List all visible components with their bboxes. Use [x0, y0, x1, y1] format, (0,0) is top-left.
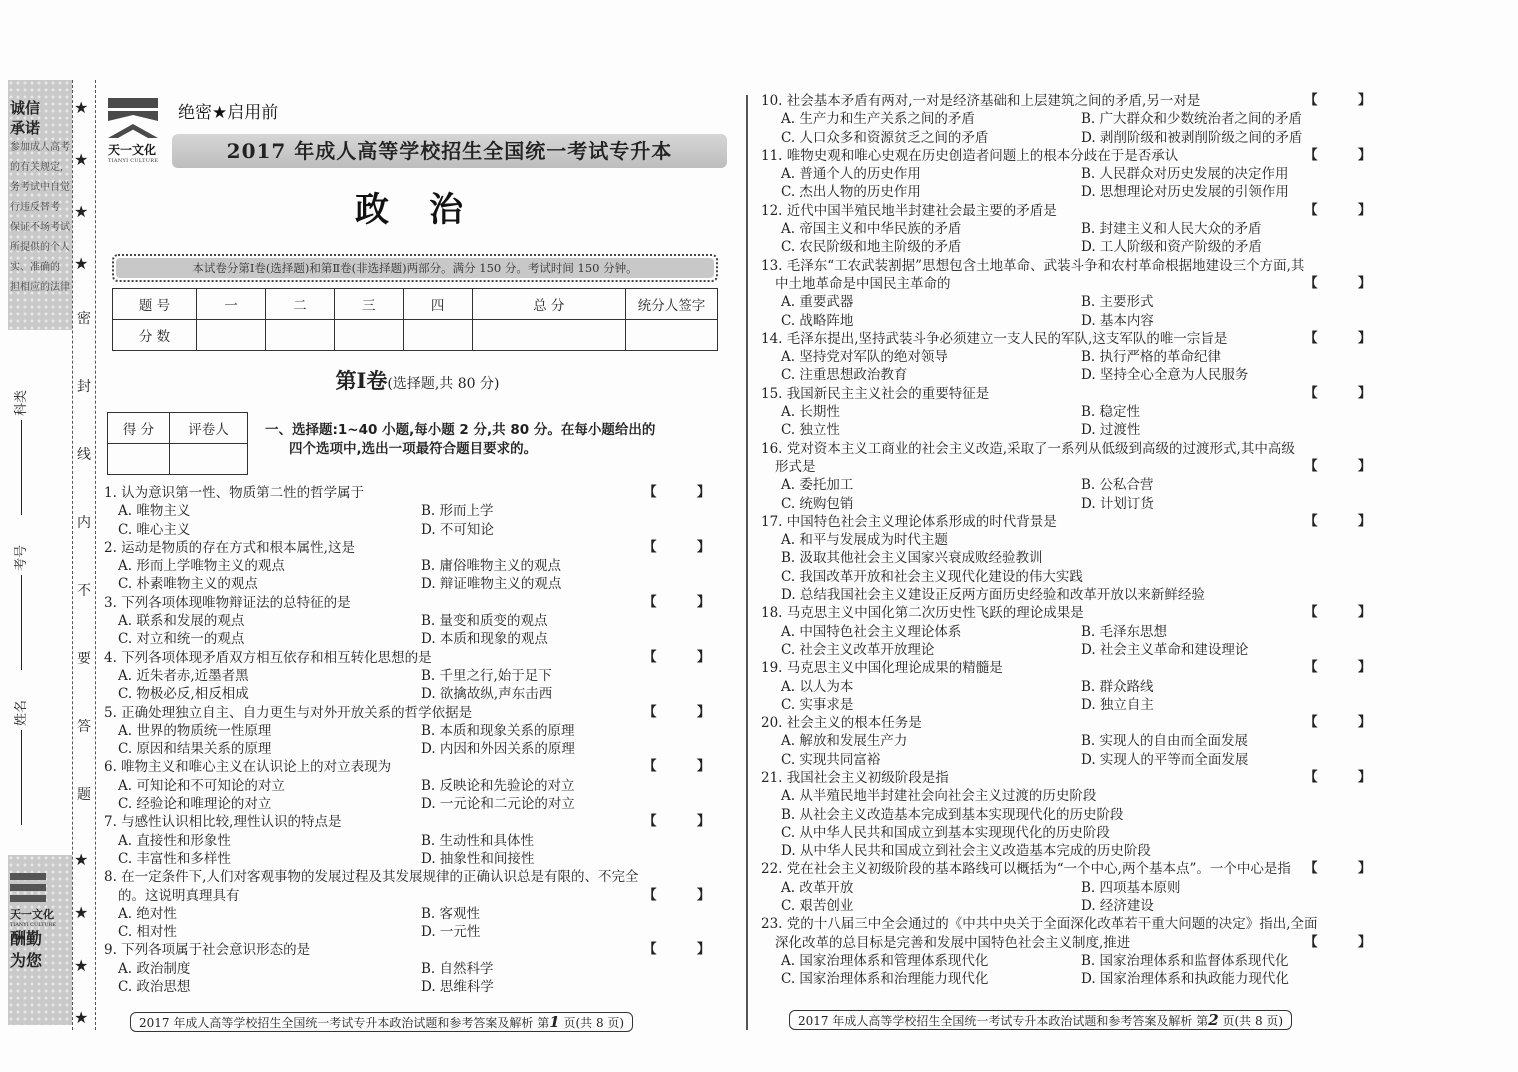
options-grid: A. 中国特色社会主义理论体系B. 毛泽东思想C. 社会主义改革开放理论D. 社… [761, 623, 1391, 660]
footer-page-total: 页(共 8 页) [1222, 1014, 1283, 1028]
seal-char: 题 [77, 784, 91, 804]
answer-option: C. 从中华人民共和国成立到基本实现现代化的历史阶段 [781, 824, 1391, 842]
header-cell: 四 [403, 289, 472, 320]
answer-option: D. 过渡性 [1081, 421, 1401, 439]
answer-option: C. 对立和统一的观点 [118, 630, 421, 648]
answer-option: C. 我国改革开放和社会主义现代化建设的伟大实践 [781, 568, 1391, 586]
answer-option: B. 自然科学 [421, 960, 721, 978]
answer-option: A. 近朱者赤,近墨者黑 [118, 667, 421, 685]
options-grid: A. 唯物主义B. 形而上学C. 唯心主义D. 不可知论 [104, 502, 730, 539]
exam-number-field[interactable]: 考号 [10, 545, 29, 670]
question-text: 17. 中国特色社会主义理论体系形成的时代背景是 [761, 514, 1057, 530]
question-stem: 1. 认为意识第一性、物质第二性的哲学属于【 】 [104, 484, 730, 502]
answer-option: C. 政治思想 [118, 978, 421, 996]
answer-option: D. 从中华人民共和国成立到社会主义改造基本完成的历史阶段 [781, 842, 1391, 860]
logo-name: 天一文化 [108, 141, 158, 158]
question-text: 中土地革命是中国民主革命的 [775, 276, 951, 292]
answer-option: C. 唯心主义 [118, 521, 421, 539]
answer-option: D. 独立自主 [1081, 696, 1401, 714]
seal-char: 答 [77, 716, 91, 736]
question-item: 21. 我国社会主义初级阶段是指【 】A. 从半殖民地半封建社会向社会主义过渡的… [761, 769, 1391, 860]
answer-option: A. 世界的物质统一性原理 [118, 722, 421, 740]
exam-sheet: 诚信 承诺 参加成人高考 的有关规定, 务考试中自觉 行违反替考 保证不场考试 … [0, 0, 1518, 1072]
question-text: 21. 我国社会主义初级阶段是指 [761, 770, 949, 786]
question-stem: 23. 党的十八届三中全会通过的《中共中央关于全面深化改革若干重大问题的决定》指… [761, 915, 1391, 933]
answer-option: C. 艰苦创业 [781, 897, 1081, 915]
answer-option: B. 庸俗唯物主义的观点 [421, 557, 721, 575]
answer-option: C. 相对性 [118, 923, 421, 941]
question-item: 20. 社会主义的根本任务是【 】A. 解放和发展生产力B. 实现人的自由而全面… [761, 714, 1391, 769]
question-item: 14. 毛泽东提出,坚持武装斗争必须建立一支人民的军队,这支军队的唯一宗旨是【 … [761, 330, 1391, 385]
question-stem: 12. 近代中国半殖民地半封建社会最主要的矛盾是【 】 [761, 202, 1391, 220]
answer-option: A. 从半殖民地半封建社会向社会主义过渡的历史阶段 [781, 787, 1391, 805]
seal-char: 要 [77, 648, 91, 668]
seal-char: 不 [77, 580, 91, 600]
pledge-line: 参加成人高考 [8, 138, 72, 158]
answer-bracket[interactable]: 【 】 [1304, 513, 1389, 531]
answer-option: B. 实现人的自由而全面发展 [1081, 732, 1401, 750]
notice-text: 本试卷分第Ⅰ卷(选择题)和第Ⅱ卷(非选择题)两部分。满分 150 分。考试时间 … [116, 258, 714, 278]
options-grid: A. 联系和发展的观点B. 量变和质变的观点C. 对立和统一的观点D. 本质和现… [104, 612, 730, 649]
grader-score-cell[interactable] [108, 444, 170, 475]
question-stem: 19. 马克思主义中国化理论成果的精髓是【 】 [761, 659, 1391, 677]
question-stem: 3. 下列各项体现唯物辩证法的总特征的是【 】 [104, 594, 730, 612]
question-stem: 14. 毛泽东提出,坚持武装斗争必须建立一支人民的军队,这支军队的唯一宗旨是【 … [761, 330, 1391, 348]
page-number: 2 [1208, 1011, 1218, 1029]
brand-slogan: 为您 [8, 950, 72, 972]
options-grid: A. 和平与发展成为时代主题B. 汲取其他社会主义国家兴衰成败经验教训C. 我国… [761, 531, 1391, 604]
part-heading: 第Ⅰ卷(选择题,共 80 分) [100, 365, 735, 395]
question-stem: 16. 党对资本主义工商业的社会主义改造,采取了一系列从低级到高级的过渡形式,其… [761, 440, 1391, 458]
instruction-line: 一、选择题:1~40 小题,每小题 2 分,共 80 分。在每小题给出的 [265, 421, 735, 440]
answer-option: C. 经验论和唯理论的对立 [118, 795, 421, 813]
answer-option: D. 总结我国社会主义建设正反两方面历史经验和改革开放以来新鲜经验 [781, 586, 1391, 604]
answer-option: C. 实事求是 [781, 696, 1081, 714]
question-item: 9. 下列各项属于社会意识形态的是【 】A. 政治制度B. 自然科学C. 政治思… [104, 941, 730, 996]
star-icon: ★ [74, 956, 88, 975]
answer-option: C. 国家治理体系和治理能力现代化 [781, 970, 1081, 988]
options-grid: A. 世界的物质统一性原理B. 本质和现象关系的原理C. 原因和结果关系的原理D… [104, 722, 730, 759]
pledge-line: 所提供的个人 [8, 238, 72, 258]
answer-bracket[interactable]: 【 】 [643, 758, 728, 776]
logo-chevron-icon [108, 111, 158, 121]
question-stem: 20. 社会主义的根本任务是【 】 [761, 714, 1391, 732]
question-stem: 2. 运动是物质的存在方式和根本属性,这是【 】 [104, 539, 730, 557]
answer-bracket[interactable]: 【 】 [1304, 860, 1389, 878]
answer-bracket[interactable]: 【 】 [643, 594, 728, 612]
options-grid: A. 可知论和不可知论的对立B. 反映论和先验论的对立C. 经验论和唯理论的对立… [104, 777, 730, 814]
question-list-left: 1. 认为意识第一性、物质第二性的哲学属于【 】A. 唯物主义B. 形而上学C.… [104, 484, 730, 996]
question-stem-continued: 的。这说明真理具有【 】 [104, 887, 730, 905]
question-stem: 13. 毛泽东“工农武装割据”思想包含土地革命、武装斗争和农村革命根据地建设三个… [761, 257, 1391, 275]
answer-option: C. 独立性 [781, 421, 1081, 439]
answer-option: C. 人口众多和资源贫乏之间的矛盾 [781, 129, 1081, 147]
answer-option: B. 执行严格的革命纪律 [1081, 348, 1401, 366]
question-item: 4. 下列各项体现矛盾双方相互依存和相互转化思想的是【 】A. 近朱者赤,近墨者… [104, 649, 730, 704]
answer-bracket[interactable]: 【 】 [1304, 604, 1389, 622]
question-item: 1. 认为意识第一性、物质第二性的哲学属于【 】A. 唯物主义B. 形而上学C.… [104, 484, 730, 539]
brand-logo-icon [10, 873, 46, 902]
answer-option: A. 唯物主义 [118, 502, 421, 520]
question-text: 的。这说明真理具有 [118, 888, 240, 904]
answer-option: C. 杰出人物的历史作用 [781, 183, 1081, 201]
question-text: 9. 下列各项属于社会意识形态的是 [104, 942, 310, 958]
answer-bracket[interactable]: 【 】 [1304, 202, 1389, 220]
pledge-line: 的有关规定, [8, 158, 72, 178]
question-stem: 17. 中国特色社会主义理论体系形成的时代背景是【 】 [761, 513, 1391, 531]
exam-notice: 本试卷分第Ⅰ卷(选择题)和第Ⅱ卷(非选择题)两部分。满分 150 分。考试时间 … [112, 254, 718, 282]
answer-bracket[interactable]: 【 】 [1304, 147, 1389, 165]
answer-option: B. 四项基本原则 [1081, 879, 1401, 897]
question-text: 14. 毛泽东提出,坚持武装斗争必须建立一支人民的军队,这支军队的唯一宗旨是 [761, 331, 1227, 347]
question-item: 22. 党在社会主义初级阶段的基本路线可以概括为“一个中心,两个基本点”。一个中… [761, 860, 1391, 915]
header-cell: 一 [197, 289, 266, 320]
binding-margin: 诚信 承诺 参加成人高考 的有关规定, 务考试中自觉 行违反替考 保证不场考试 … [0, 80, 105, 1030]
options-grid: A. 绝对性B. 客观性C. 相对性D. 一元性 [104, 905, 730, 942]
pledge-line: 行违反替考 [8, 198, 72, 218]
star-column: ★ ★ ★ ★ ★ ★ ★ ★ [74, 80, 94, 1030]
score-table-row: 分 数 [113, 320, 718, 351]
question-list-right: 10. 社会基本矛盾有两对,一对是经济基础和上层建筑之间的矛盾,另一对是【 】A… [761, 92, 1391, 989]
pledge-title: 诚信 承诺 [8, 80, 72, 138]
answer-option: A. 解放和发展生产力 [781, 732, 1081, 750]
answer-option: D. 坚持全心全意为人民服务 [1081, 366, 1401, 384]
answer-option: B. 生动性和具体性 [421, 832, 721, 850]
answer-option: A. 普通个人的历史作用 [781, 165, 1081, 183]
answer-option: B. 反映论和先验论的对立 [421, 777, 721, 795]
options-grid: A. 长期性B. 稳定性C. 独立性D. 过渡性 [761, 403, 1391, 440]
seal-char: 密 [77, 308, 91, 328]
answer-option: A. 重要武器 [781, 293, 1081, 311]
question-item: 8. 在一定条件下,人们对客观事物的发展过程及其发展规律的正确认识总是有限的、不… [104, 868, 730, 941]
question-item: 10. 社会基本矛盾有两对,一对是经济基础和上层建筑之间的矛盾,另一对是【 】A… [761, 92, 1391, 147]
answer-option: C. 战略阵地 [781, 312, 1081, 330]
answer-bracket[interactable]: 【 】 [643, 813, 728, 831]
section-instructions: 一、选择题:1~40 小题,每小题 2 分,共 80 分。在每小题给出的 四个选… [265, 421, 735, 459]
grader-name-cell[interactable] [170, 444, 248, 475]
answer-option: B. 封建主义和人民大众的矛盾 [1081, 220, 1401, 238]
answer-option: A. 和平与发展成为时代主题 [781, 531, 1391, 549]
answer-option: B. 毛泽东思想 [1081, 623, 1401, 641]
question-item: 17. 中国特色社会主义理论体系形成的时代背景是【 】A. 和平与发展成为时代主… [761, 513, 1391, 604]
footer-page-prefix: 第 [1196, 1014, 1208, 1028]
answer-option: C. 朴素唯物主义的观点 [118, 575, 421, 593]
answer-option: B. 从社会主义改造基本完成到基本实现现代化的历史阶段 [781, 806, 1391, 824]
answer-bracket[interactable]: 【 】 [1304, 458, 1389, 476]
part-subtitle: (选择题,共 80 分) [387, 376, 499, 392]
name-field[interactable]: 姓名 [10, 700, 29, 825]
page-footer: 2017 年成人高等学校招生全国统一考试专升本政治试题和参考答案及解析 第2 页… [789, 1010, 1292, 1030]
star-icon: ★ [74, 1008, 88, 1027]
answer-option: D. 思想理论对历史发展的引领作用 [1081, 183, 1401, 201]
brand-slogan: 酬勤 [8, 928, 72, 950]
question-item: 5. 正确处理独立自主、自力更生与对外开放关系的哲学依据是【 】A. 世界的物质… [104, 704, 730, 759]
score-cell[interactable] [626, 320, 718, 351]
question-item: 23. 党的十八届三中全会通过的《中共中央关于全面深化改革若干重大问题的决定》指… [761, 915, 1391, 988]
options-grid: A. 以人为本B. 群众路线C. 实事求是D. 独立自主 [761, 678, 1391, 715]
pledge-line: 担相应的法律 [8, 278, 72, 298]
question-text: 20. 社会主义的根本任务是 [761, 715, 922, 731]
answer-bracket[interactable]: 【 】 [1304, 385, 1389, 403]
subject-field[interactable]: 科类 [10, 390, 29, 515]
star-icon: ★ [74, 850, 88, 869]
page-divider [746, 95, 748, 1030]
question-item: 13. 毛泽东“工农武装割据”思想包含土地革命、武装斗争和农村革命根据地建设三个… [761, 257, 1391, 330]
answer-option: D. 本质和现象的观点 [421, 630, 721, 648]
question-text: 12. 近代中国半殖民地半封建社会最主要的矛盾是 [761, 203, 1057, 219]
brand-name: 天一文化 [8, 906, 72, 922]
logo-chevron-icon [108, 98, 158, 108]
footer-text: 2017 年成人高等学校招生全国统一考试专升本政治试题和参考答案及解析 [139, 1016, 533, 1030]
question-text: 16. 党对资本主义工商业的社会主义改造,采取了一系列从低级到高级的过渡形式,其… [761, 441, 1295, 457]
answer-bracket[interactable]: 【 】 [643, 539, 728, 557]
question-text: 23. 党的十八届三中全会通过的《中共中央关于全面深化改革若干重大问题的决定》指… [761, 916, 1318, 932]
subject-label: 科类 [14, 390, 29, 416]
question-item: 6. 唯物主义和唯心主义在认识论上的对立表现为【 】A. 可知论和不可知论的对立… [104, 758, 730, 813]
question-text: 22. 党在社会主义初级阶段的基本路线可以概括为“一个中心,两个基本点”。一个中… [761, 861, 1291, 877]
answer-option: D. 辩证唯物主义的观点 [421, 575, 721, 593]
answer-option: C. 农民阶级和地主阶级的矛盾 [781, 238, 1081, 256]
question-stem-continued: 深化改革的总目标是完善和发展中国特色社会主义制度,推进【 】 [761, 934, 1391, 952]
header-cell: 题 号 [113, 289, 197, 320]
answer-bracket[interactable]: 【 】 [643, 704, 728, 722]
grader-header: 评卷人 [170, 413, 248, 444]
question-text: 13. 毛泽东“工农武装割据”思想包含土地革命、武装斗争和农村革命根据地建设三个… [761, 258, 1304, 274]
question-text: 19. 马克思主义中国化理论成果的精髓是 [761, 660, 1003, 676]
score-cell[interactable] [197, 320, 266, 351]
question-item: 16. 党对资本主义工商业的社会主义改造,采取了一系列从低级到高级的过渡形式,其… [761, 440, 1391, 513]
answer-option: D. 计划订货 [1081, 495, 1401, 513]
question-item: 12. 近代中国半殖民地半封建社会最主要的矛盾是【 】A. 帝国主义和中华民族的… [761, 202, 1391, 257]
answer-option: C. 丰富性和多样性 [118, 850, 421, 868]
answer-option: C. 物极必反,相反相成 [118, 685, 421, 703]
answer-option: A. 以人为本 [781, 678, 1081, 696]
options-grid: A. 政治制度B. 自然科学C. 政治思想D. 思维科学 [104, 960, 730, 997]
star-icon: ★ [74, 254, 88, 273]
answer-option: A. 直接性和形象性 [118, 832, 421, 850]
star-icon: ★ [74, 150, 88, 169]
publisher-logo: 天一文化 TIANYI CULTURE [108, 98, 158, 164]
answer-option: A. 坚持党对军队的绝对领导 [781, 348, 1081, 366]
options-grid: A. 生产力和生产关系之间的矛盾B. 广大群众和少数统治者之间的矛盾C. 人口众… [761, 110, 1391, 147]
row-label: 分 数 [113, 320, 197, 351]
answer-option: B. 汲取其他社会主义国家兴衰成败经验教训 [781, 549, 1391, 567]
question-text: 4. 下列各项体现矛盾双方相互依存和相互转化思想的是 [104, 650, 432, 666]
answer-option: D. 欲擒故纵,声东击西 [421, 685, 721, 703]
question-text: 形式是 [775, 459, 816, 475]
question-stem: 11. 唯物史观和唯心史观在历史创造者问题上的根本分歧在于是否承认【 】 [761, 147, 1391, 165]
answer-option: D. 一元性 [421, 923, 721, 941]
question-text: 18. 马克思主义中国化第二次历史性飞跃的理论成果是 [761, 605, 1084, 621]
score-table-header: 题 号 一 二 三 四 总 分 统分人签字 [113, 289, 718, 320]
question-stem: 10. 社会基本矛盾有两对,一对是经济基础和上层建筑之间的矛盾,另一对是【 】 [761, 92, 1391, 110]
question-text: 10. 社会基本矛盾有两对,一对是经济基础和上层建筑之间的矛盾,另一对是 [761, 93, 1200, 109]
seal-char: 内 [77, 512, 91, 532]
score-cell[interactable] [265, 320, 334, 351]
answer-option: A. 政治制度 [118, 960, 421, 978]
star-icon: ★ [74, 98, 88, 117]
question-text: 7. 与感性认识相比较,理性认识的特点是 [104, 814, 341, 830]
score-cell[interactable] [334, 320, 403, 351]
answer-bracket[interactable]: 【 】 [1304, 934, 1389, 952]
question-text: 2. 运动是物质的存在方式和根本属性,这是 [104, 540, 355, 556]
question-text: 8. 在一定条件下,人们对客观事物的发展过程及其发展规律的正确认识总是有限的、不… [104, 869, 638, 885]
answer-option: B. 本质和现象关系的原理 [421, 722, 721, 740]
header-cell: 统分人签字 [626, 289, 718, 320]
question-stem: 22. 党在社会主义初级阶段的基本路线可以概括为“一个中心,两个基本点”。一个中… [761, 860, 1391, 878]
page-1: 天一文化 TIANYI CULTURE 绝密★启用前 2017 年成人高等学校招… [100, 90, 735, 1035]
answer-option: D. 实现人的平等而全面发展 [1081, 751, 1401, 769]
grader-table: 得 分 评卷人 [107, 412, 248, 475]
answer-option: A. 帝国主义和中华民族的矛盾 [781, 220, 1081, 238]
answer-bracket[interactable]: 【 】 [1304, 769, 1389, 787]
seal-char: 封 [77, 376, 91, 396]
answer-bracket[interactable]: 【 】 [1304, 92, 1389, 110]
options-grid: A. 重要武器B. 主要形式C. 战略阵地D. 基本内容 [761, 293, 1391, 330]
answer-option: D. 剥削阶级和被剥削阶级之间的矛盾 [1081, 129, 1401, 147]
footer-page-prefix: 第 [537, 1016, 549, 1030]
exam-title: 2017 年成人高等学校招生全国统一考试专升本 [172, 134, 727, 168]
answer-bracket[interactable]: 【 】 [643, 941, 728, 959]
answer-option: A. 国家治理体系和管理体系现代化 [781, 952, 1081, 970]
question-text: 6. 唯物主义和唯心主义在认识论上的对立表现为 [104, 759, 391, 775]
question-stem-continued: 中土地革命是中国民主革命的【 】 [761, 275, 1391, 293]
question-stem: 18. 马克思主义中国化第二次历史性飞跃的理论成果是【 】 [761, 604, 1391, 622]
seal-char: 线 [77, 444, 91, 464]
logo-chevron-icon [108, 124, 158, 138]
footer-page-total: 页(共 8 页) [563, 1016, 624, 1030]
star-icon: ★ [74, 903, 88, 922]
answer-bracket[interactable]: 【 】 [643, 649, 728, 667]
pledge-line: 实、准确的 [8, 258, 72, 278]
answer-option: B. 国家治理体系和监督体系现代化 [1081, 952, 1401, 970]
score-cell[interactable] [403, 320, 472, 351]
brand-box: 天一文化 TIANYI CULTURE 酬勤 为您 [8, 855, 72, 1025]
question-text: 5. 正确处理独立自主、自力更生与对外开放关系的哲学依据是 [104, 705, 472, 721]
question-stem: 21. 我国社会主义初级阶段是指【 】 [761, 769, 1391, 787]
question-item: 11. 唯物史观和唯心史观在历史创造者问题上的根本分歧在于是否承认【 】A. 普… [761, 147, 1391, 202]
question-text: 深化改革的总目标是完善和发展中国特色社会主义制度,推进 [775, 935, 1130, 951]
options-grid: A. 解放和发展生产力B. 实现人的自由而全面发展C. 实现共同富裕D. 实现人… [761, 732, 1391, 769]
answer-option: D. 思维科学 [421, 978, 721, 996]
question-item: 15. 我国新民主主义社会的重要特征是【 】A. 长期性B. 稳定性C. 独立性… [761, 385, 1391, 440]
answer-option: B. 客观性 [421, 905, 721, 923]
part-title: 第Ⅰ卷 [336, 368, 388, 393]
score-table: 题 号 一 二 三 四 总 分 统分人签字 分 数 [112, 288, 718, 351]
star-icon: ★ [74, 202, 88, 221]
header-cell: 二 [265, 289, 334, 320]
header-cell: 三 [334, 289, 403, 320]
options-grid: A. 改革开放B. 四项基本原则C. 艰苦创业D. 经济建设 [761, 879, 1391, 916]
answer-option: B. 广大群众和少数统治者之间的矛盾 [1081, 110, 1401, 128]
answer-option: D. 国家治理体系和执政能力现代化 [1081, 970, 1401, 988]
answer-bracket[interactable]: 【 】 [1304, 714, 1389, 732]
question-stem: 4. 下列各项体现矛盾双方相互依存和相互转化思想的是【 】 [104, 649, 730, 667]
answer-option: A. 委托加工 [781, 476, 1081, 494]
answer-option: B. 主要形式 [1081, 293, 1401, 311]
options-grid: A. 从半殖民地半封建社会向社会主义过渡的历史阶段B. 从社会主义改造基本完成到… [761, 787, 1391, 860]
pledge-line: 务考试中自觉 [8, 178, 72, 198]
question-item: 3. 下列各项体现唯物辩证法的总特征的是【 】A. 联系和发展的观点B. 量变和… [104, 594, 730, 649]
answer-option: D. 内因和外因关系的原理 [421, 740, 721, 758]
answer-option: A. 形而上学唯物主义的观点 [118, 557, 421, 575]
answer-bracket[interactable]: 【 】 [643, 484, 728, 502]
options-grid: A. 直接性和形象性B. 生动性和具体性C. 丰富性和多样性D. 抽象性和间接性 [104, 832, 730, 869]
question-stem: 6. 唯物主义和唯心主义在认识论上的对立表现为【 】 [104, 758, 730, 776]
answer-option: B. 形而上学 [421, 502, 721, 520]
answer-option: A. 中国特色社会主义理论体系 [781, 623, 1081, 641]
instruction-line: 四个选项中,选出一项最符合题目要求的。 [265, 440, 735, 459]
footer-text: 2017 年成人高等学校招生全国统一考试专升本政治试题和参考答案及解析 [798, 1014, 1192, 1028]
answer-option: C. 实现共同富裕 [781, 751, 1081, 769]
question-item: 19. 马克思主义中国化理论成果的精髓是【 】A. 以人为本B. 群众路线C. … [761, 659, 1391, 714]
answer-option: A. 长期性 [781, 403, 1081, 421]
cut-line [72, 80, 73, 1030]
name-label: 姓名 [14, 700, 29, 726]
answer-bracket[interactable]: 【 】 [1304, 275, 1389, 293]
answer-option: A. 联系和发展的观点 [118, 612, 421, 630]
question-text: 11. 唯物史观和唯心史观在历史创造者问题上的根本分歧在于是否承认 [761, 148, 1178, 164]
question-text: 3. 下列各项体现唯物辩证法的总特征的是 [104, 595, 351, 611]
answer-option: C. 原因和结果关系的原理 [118, 740, 421, 758]
answer-option: D. 抽象性和间接性 [421, 850, 721, 868]
answer-bracket[interactable]: 【 】 [643, 887, 728, 905]
options-grid: A. 委托加工B. 公私合营C. 统购包销D. 计划订货 [761, 476, 1391, 513]
question-item: 18. 马克思主义中国化第二次历史性飞跃的理论成果是【 】A. 中国特色社会主义… [761, 604, 1391, 659]
question-item: 7. 与感性认识相比较,理性认识的特点是【 】A. 直接性和形象性B. 生动性和… [104, 813, 730, 868]
page-number: 1 [549, 1013, 559, 1031]
options-grid: A. 帝国主义和中华民族的矛盾B. 封建主义和人民大众的矛盾C. 农民阶级和地主… [761, 220, 1391, 257]
page-2: 10. 社会基本矛盾有两对,一对是经济基础和上层建筑之间的矛盾,另一对是【 】A… [757, 90, 1397, 1035]
answer-bracket[interactable]: 【 】 [1304, 659, 1389, 677]
answer-option: A. 改革开放 [781, 879, 1081, 897]
score-cell[interactable] [472, 320, 626, 351]
logo-subtitle: TIANYI CULTURE [108, 158, 158, 164]
header-cell: 总 分 [472, 289, 626, 320]
answer-option: D. 不可知论 [421, 521, 721, 539]
answer-option: A. 可知论和不可知论的对立 [118, 777, 421, 795]
grader-header: 得 分 [108, 413, 170, 444]
answer-option: B. 公私合营 [1081, 476, 1401, 494]
answer-option: B. 千里之行,始于足下 [421, 667, 721, 685]
answer-option: B. 人民群众对历史发展的决定作用 [1081, 165, 1401, 183]
answer-option: D. 经济建设 [1081, 897, 1401, 915]
page-footer: 2017 年成人高等学校招生全国统一考试专升本政治试题和参考答案及解析 第1 页… [130, 1012, 633, 1032]
options-grid: A. 形而上学唯物主义的观点B. 庸俗唯物主义的观点C. 朴素唯物主义的观点D.… [104, 557, 730, 594]
question-stem: 9. 下列各项属于社会意识形态的是【 】 [104, 941, 730, 959]
options-grid: A. 国家治理体系和管理体系现代化B. 国家治理体系和监督体系现代化C. 国家治… [761, 952, 1391, 989]
question-stem-continued: 形式是【 】 [761, 458, 1391, 476]
answer-option: B. 稳定性 [1081, 403, 1401, 421]
answer-option: D. 社会主义革命和建设理论 [1081, 641, 1401, 659]
cut-line [95, 80, 96, 1030]
question-stem: 5. 正确处理独立自主、自力更生与对外开放关系的哲学依据是【 】 [104, 704, 730, 722]
question-stem: 8. 在一定条件下,人们对客观事物的发展过程及其发展规律的正确认识总是有限的、不… [104, 868, 730, 886]
answer-bracket[interactable]: 【 】 [1304, 330, 1389, 348]
answer-option: A. 生产力和生产关系之间的矛盾 [781, 110, 1081, 128]
answer-option: B. 群众路线 [1081, 678, 1401, 696]
confidential-label: 绝密★启用前 [178, 98, 278, 123]
options-grid: A. 普通个人的历史作用B. 人民群众对历史发展的决定作用C. 杰出人物的历史作… [761, 165, 1391, 202]
question-text: 1. 认为意识第一性、物质第二性的哲学属于 [104, 485, 364, 501]
question-text: 15. 我国新民主主义社会的重要特征是 [761, 386, 989, 402]
exam-number-label: 考号 [14, 545, 29, 571]
question-stem: 7. 与感性认识相比较,理性认识的特点是【 】 [104, 813, 730, 831]
subject-title: 政治 [355, 182, 503, 231]
answer-option: D. 一元论和二元论的对立 [421, 795, 721, 813]
answer-option: C. 注重思想政治教育 [781, 366, 1081, 384]
integrity-pledge-box: 诚信 承诺 参加成人高考 的有关规定, 务考试中自觉 行违反替考 保证不场考试 … [8, 80, 72, 330]
